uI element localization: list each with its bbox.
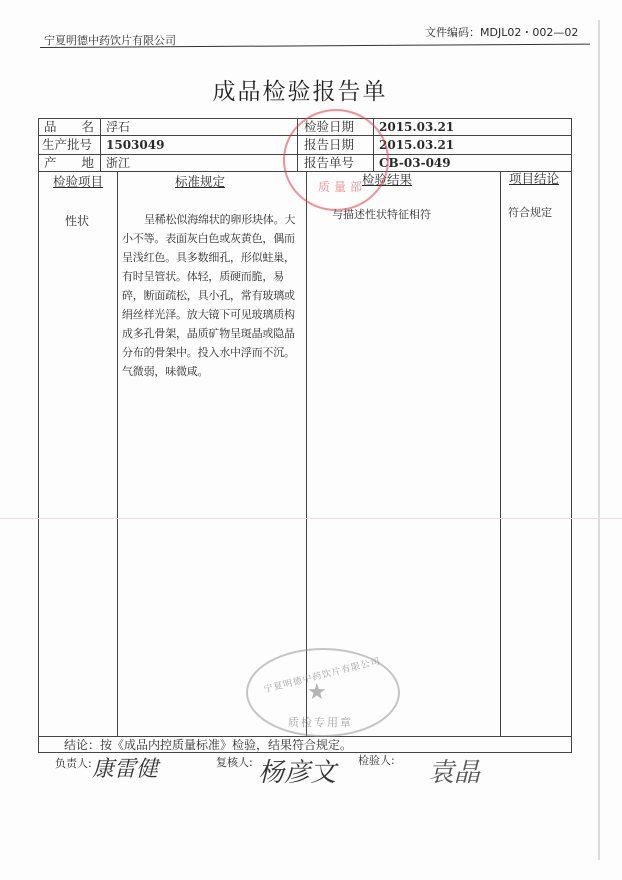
col-divider — [117, 171, 118, 736]
doc-code-value: MDJL02・002—02 — [480, 26, 578, 39]
quality-dept-stamp-text: 质量部 — [318, 178, 366, 195]
col-divider — [100, 118, 101, 171]
table-border-right — [571, 118, 572, 752]
responsible-label: 负责人: — [55, 756, 92, 772]
star-icon: ★ — [307, 680, 327, 705]
scan-artifact-line — [0, 518, 622, 519]
origin-value: 浙江 — [106, 155, 130, 171]
reviewer-signature: 杨彦文 — [258, 752, 336, 789]
inspect-date-value: 2015.03.21 — [379, 119, 454, 135]
col-divider — [500, 171, 501, 736]
col-header-item: 检验项目 — [53, 174, 103, 190]
inspector-label: 检验人: — [358, 753, 395, 769]
report-date-value: 2015.03.21 — [379, 137, 454, 153]
origin-label: 产 地 — [44, 155, 94, 171]
page-title: 成品检验报告单 — [0, 73, 600, 106]
doc-code-label: 文件编码： — [425, 26, 480, 39]
table-border-left — [38, 118, 39, 752]
qc-seal-text: 质检专用章 — [288, 714, 353, 730]
responsible-signature: 康雷健 — [92, 752, 158, 783]
report-no-value: CB-03-049 — [379, 155, 451, 171]
product-name-label: 品 名 — [44, 119, 94, 135]
reviewer-label: 复核人: — [216, 755, 253, 771]
page-edge — [598, 20, 600, 860]
col-header-standard: 标准规定 — [175, 174, 225, 190]
row-standard: 呈稀松似海绵状的卵形块体。大小不等。表面灰白色或灰黄色，偶而呈浅红色。具多数细孔… — [122, 210, 302, 381]
inspector-signature: 袁晶 — [428, 752, 480, 789]
row-item: 性状 — [65, 213, 89, 229]
row-conclusion: 符合规定 — [508, 205, 552, 221]
col-header-conclusion: 项目结论 — [509, 171, 559, 187]
quality-dept-stamp — [283, 109, 389, 211]
batch-label: 生产批号 — [42, 137, 92, 153]
product-name-value: 浮石 — [106, 119, 130, 135]
doc-code: 文件编码：MDJL02・002—02 — [425, 24, 578, 40]
batch-value: 1503049 — [106, 137, 164, 153]
overall-conclusion: 结论：按《成品内控质量标准》检验，结果符合规定。 — [64, 737, 352, 753]
